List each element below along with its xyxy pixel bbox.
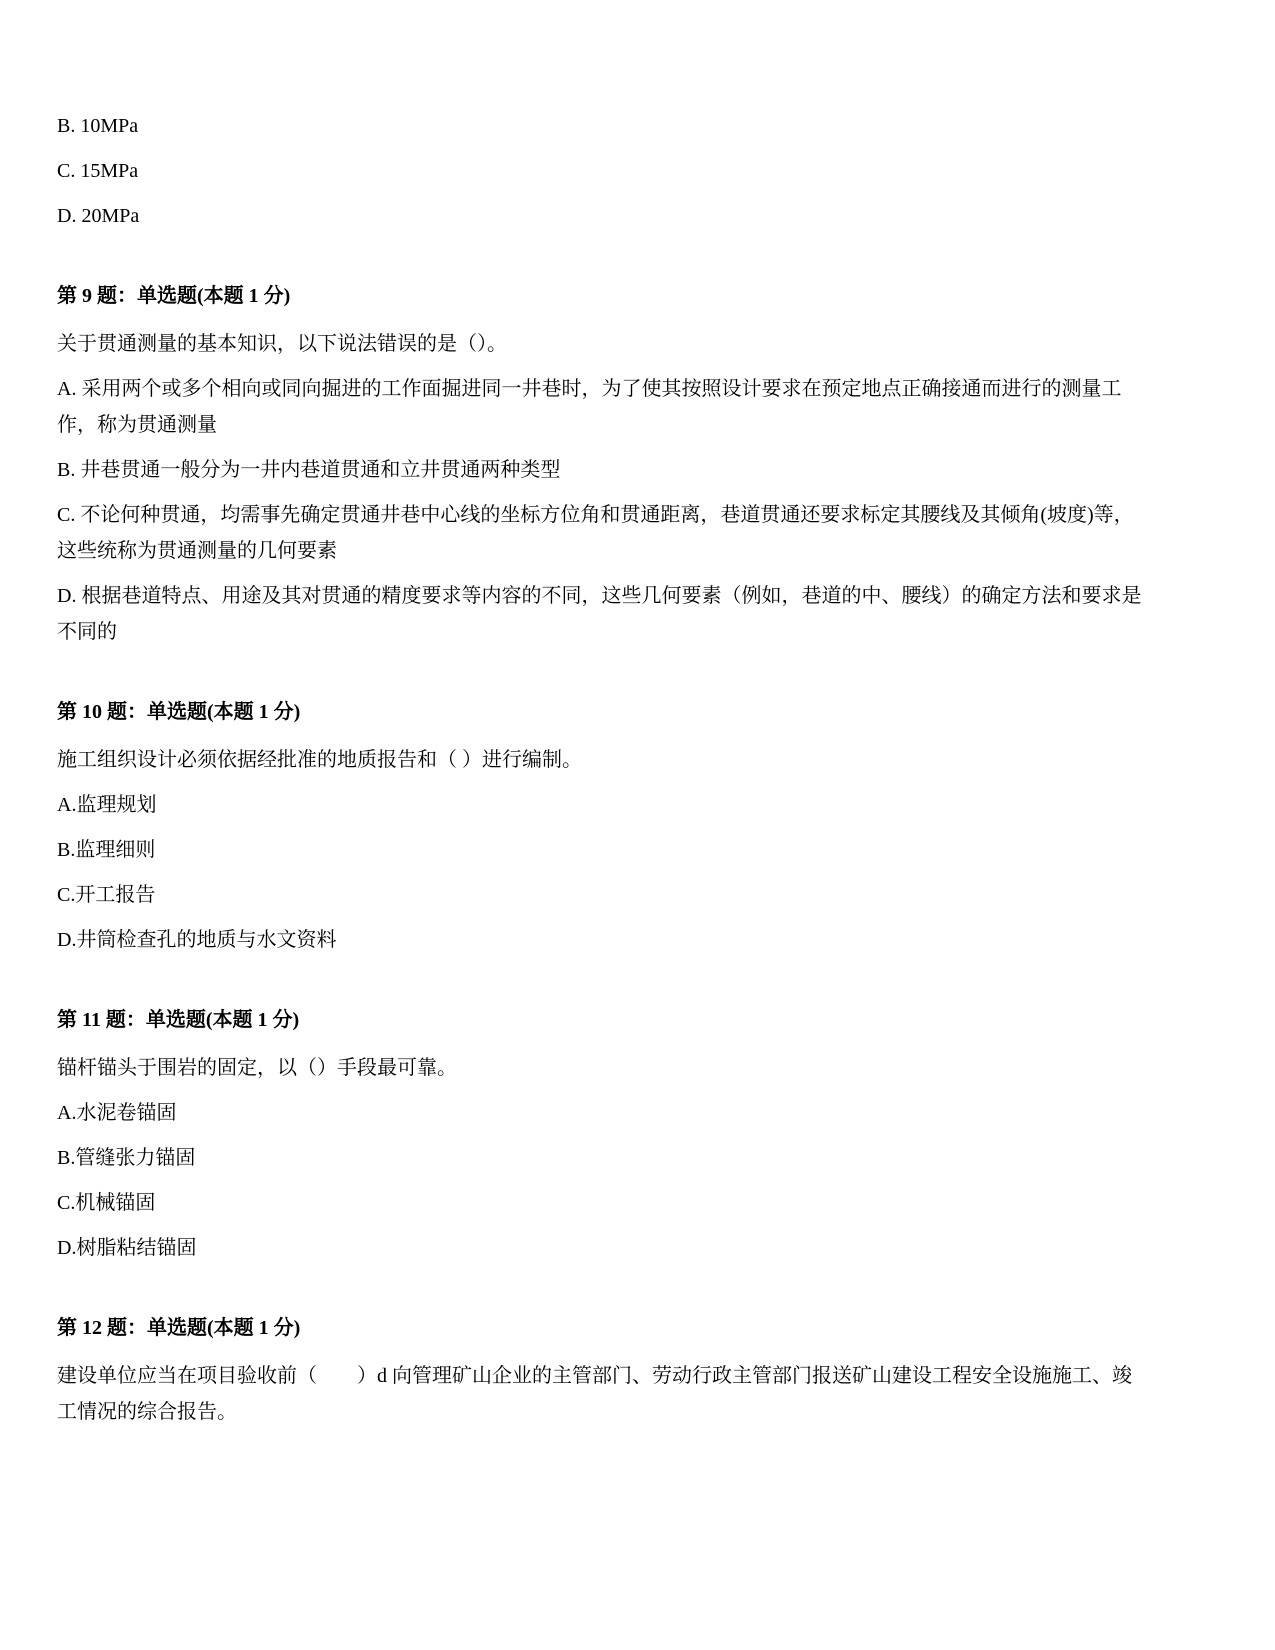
question-9-heading: 第 9 题：单选题(本题 1 分) — [57, 278, 1147, 314]
question-11-option-d: D.树脂粘结锚固 — [57, 1230, 1147, 1266]
option-line-b: B. 10MPa — [57, 108, 1147, 144]
question-10-stem: 施工组织设计必须依据经批准的地质报告和（ ）进行编制。 — [57, 742, 1147, 778]
option-line-c: C. 15MPa — [57, 153, 1147, 189]
question-10-option-c: C.开工报告 — [57, 877, 1147, 913]
question-11-heading: 第 11 题：单选题(本题 1 分) — [57, 1002, 1147, 1038]
document-page: B. 10MPa C. 15MPa D. 20MPa 第 9 题：单选题(本题 … — [0, 0, 1275, 1650]
question-9-stem: 关于贯通测量的基本知识，以下说法错误的是（）。 — [57, 326, 1147, 362]
option-line-d: D. 20MPa — [57, 198, 1147, 234]
question-11-option-a: A.水泥卷锚固 — [57, 1095, 1147, 1131]
question-10-option-a: A.监理规划 — [57, 787, 1147, 823]
question-11-option-b: B.管缝张力锚固 — [57, 1140, 1147, 1176]
question-10-heading: 第 10 题：单选题(本题 1 分) — [57, 694, 1147, 730]
question-9-option-b: B. 井巷贯通一般分为一井内巷道贯通和立井贯通两种类型 — [57, 452, 1147, 488]
question-9-option-d: D. 根据巷道特点、用途及其对贯通的精度要求等内容的不同，这些几何要素（例如，巷… — [57, 578, 1147, 650]
question-12-stem: 建设单位应当在项目验收前（ ）d 向管理矿山企业的主管部门、劳动行政主管部门报送… — [57, 1358, 1147, 1430]
question-11-stem: 锚杆锚头于围岩的固定，以（）手段最可靠。 — [57, 1050, 1147, 1086]
question-12-heading: 第 12 题：单选题(本题 1 分) — [57, 1310, 1147, 1346]
question-9-option-c: C. 不论何种贯通，均需事先确定贯通井巷中心线的坐标方位角和贯通距离，巷道贯通还… — [57, 497, 1147, 569]
question-10-option-b: B.监理细则 — [57, 832, 1147, 868]
question-9-option-a: A. 采用两个或多个相向或同向掘进的工作面掘进同一井巷时，为了使其按照设计要求在… — [57, 371, 1147, 443]
question-11-option-c: C.机械锚固 — [57, 1185, 1147, 1221]
question-10-option-d: D.井筒检查孔的地质与水文资料 — [57, 922, 1147, 958]
